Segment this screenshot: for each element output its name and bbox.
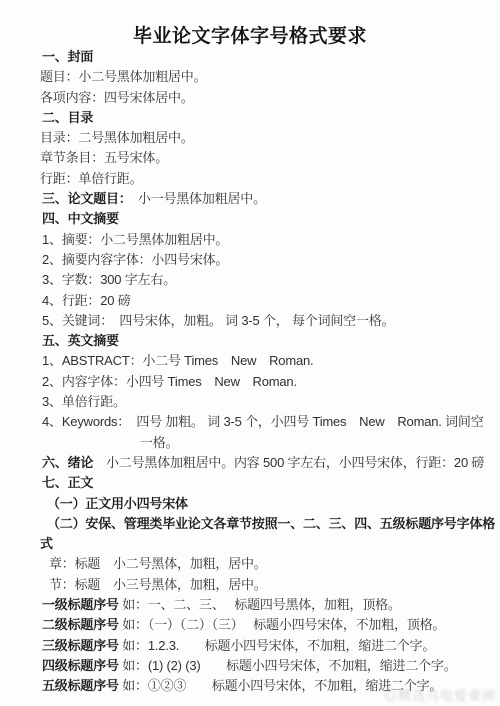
doc-line: 5、关键词： 四号宋体，加粗。 词 3-5 个， 每个词间空一格。 [42,311,492,331]
doc-line-emphasis: （二）安保、管理类毕业论文各章节按照一、二、三、四、五级标题序号字体格 [47,516,495,531]
doc-line: 章节条目：五号宋体。 [40,148,492,168]
doc-line-emphasis: 式 [40,536,53,551]
doc-line-emphasis: 一、封面 [42,49,93,64]
doc-line-emphasis: 三级标题序号 [42,638,119,653]
doc-line-text: 小一号黑体加粗居中。 [125,191,266,206]
watermark: ◎精选乌电爱豪画 [384,685,496,704]
doc-line-text: 如：1.2.3. 标题小四号宋体，不加粗，缩进二个字。 [119,638,435,653]
doc-line: 行距：单倍行距。 [40,169,492,189]
doc-line: 式 [40,534,492,554]
doc-line-text: 3、字数：300 字左右。 [42,272,176,287]
doc-line: 题目：小二号黑体加粗居中。 [40,67,492,87]
doc-line: 一级标题序号 如：一、二、三、 标题四号黑体，加粗，顶格。 [42,595,492,615]
doc-line: 2、摘要内容字体：小四号宋体。 [42,250,492,270]
doc-line-text: 1、ABSTRACT：小二号 Times New Roman. [42,353,313,368]
doc-line-emphasis: 五级标题序号 [42,678,119,693]
doc-line-emphasis: 六、绪论 [42,455,93,470]
doc-line: 五、英文摘要 [42,331,492,351]
doc-line-text: 目录：二号黑体加粗居中。 [40,130,194,145]
document-body: 一、封面题目：小二号黑体加粗居中。各项内容：四号宋体居中。二、目录目录：二号黑体… [40,47,492,697]
doc-line-emphasis: 四、中文摘要 [42,211,119,226]
doc-line: 4、行距：20 磅 [42,291,492,311]
doc-line: 四级标题序号 如：(1) (2) (3) 标题小四号宋体，不加粗，缩进二个字。 [42,656,492,676]
doc-line: 三级标题序号 如：1.2.3. 标题小四号宋体，不加粗，缩进二个字。 [42,636,492,656]
doc-line-text: 5、关键词： 四号宋体，加粗。 词 3-5 个， 每个词间空一格。 [42,313,394,328]
doc-line-text: 节：标题 小三号黑体，加粗，居中。 [49,577,267,592]
doc-line: 三、论文题目： 小一号黑体加粗居中。 [42,189,492,209]
doc-line-text: 4、Keywords： 四号 加粗。 词 3-5 个，小四号 Times New… [42,414,484,429]
doc-line: 各项内容：四号宋体居中。 [40,88,492,108]
doc-line: （二）安保、管理类毕业论文各章节按照一、二、三、四、五级标题序号字体格 [47,514,492,534]
page-title: 毕业论文字体字号格式要求 [0,21,500,48]
doc-line: 四、中文摘要 [42,209,492,229]
doc-line: 二级标题序号 如：（一）（二）（三） 标题小四号宋体，不加粗，顶格。 [42,615,492,635]
doc-line-emphasis: 七、正文 [42,475,93,490]
doc-line-text: 小二号黑体加粗居中。内容 500 字左右，小四号宋体，行距：20 磅 [93,455,484,470]
doc-line-emphasis: 一级标题序号 [42,597,119,612]
doc-line-text: 行距：单倍行距。 [40,171,142,186]
doc-line: 二、目录 [42,108,492,128]
doc-line-emphasis: （一）正文用小四号宋体 [47,496,188,511]
doc-line-text: 如：一、二、三、 标题四号黑体，加粗，顶格。 [119,597,401,612]
doc-line-emphasis: 四级标题序号 [42,658,119,673]
doc-line: 3、单倍行距。 [42,392,492,412]
doc-line: 六、绪论 小二号黑体加粗居中。内容 500 字左右，小四号宋体，行距：20 磅 [42,453,492,473]
doc-line: 1、摘要：小二号黑体加粗居中。 [42,230,492,250]
doc-line-text: 4、行距：20 磅 [42,293,131,308]
doc-line-text: 3、单倍行距。 [42,394,126,409]
doc-line-text: 2、摘要内容字体：小四号宋体。 [42,252,228,267]
doc-line: 一、封面 [42,47,492,67]
doc-line: 4、Keywords： 四号 加粗。 词 3-5 个，小四号 Times New… [42,412,492,432]
doc-line-text: 各项内容：四号宋体居中。 [40,90,194,105]
doc-line: 2、内容字体：小四号 Times New Roman. [42,372,492,392]
doc-line-emphasis: 二级标题序号 [42,617,119,632]
doc-line: 章：标题 小二号黑体，加粗，居中。 [49,554,492,574]
doc-line: 一格。 [140,433,492,453]
doc-line: 节：标题 小三号黑体，加粗，居中。 [49,575,492,595]
doc-line-emphasis: 三、论文题目： [42,191,125,206]
doc-line-text: 题目：小二号黑体加粗居中。 [40,69,206,84]
doc-line-text: 一格。 [140,435,178,450]
doc-line-text: 章节条目：五号宋体。 [40,150,168,165]
doc-line-text: 1、摘要：小二号黑体加粗居中。 [42,232,228,247]
doc-line-text: 章：标题 小二号黑体，加粗，居中。 [49,556,267,571]
doc-line-text: 2、内容字体：小四号 Times New Roman. [42,374,297,389]
doc-line-text: 如：(1) (2) (3) 标题小四号宋体，不加粗，缩进二个字。 [119,658,457,673]
doc-line-emphasis: 五、英文摘要 [42,333,119,348]
doc-line-text: 如：（一）（二）（三） 标题小四号宋体，不加粗，顶格。 [119,617,445,632]
doc-line: 3、字数：300 字左右。 [42,270,492,290]
doc-line: 目录：二号黑体加粗居中。 [40,128,492,148]
doc-line: （一）正文用小四号宋体 [47,494,492,514]
doc-line: 七、正文 [42,473,492,493]
doc-line-emphasis: 二、目录 [42,110,93,125]
document-page: 毕业论文字体字号格式要求 一、封面题目：小二号黑体加粗居中。各项内容：四号宋体居… [0,0,500,706]
doc-line: 1、ABSTRACT：小二号 Times New Roman. [42,351,492,371]
